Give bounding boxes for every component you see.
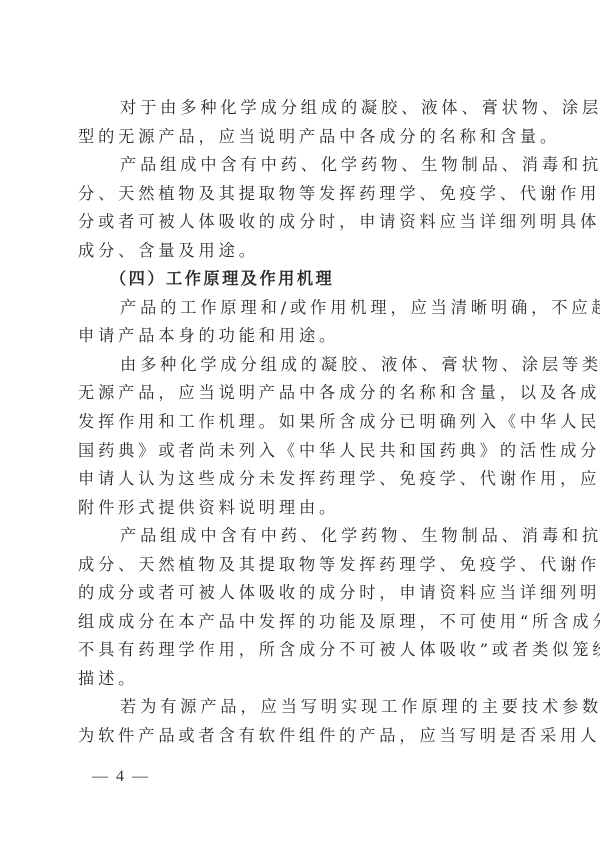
paragraph-line: 若为有源产品，应当写明实现工作原理的主要技术参数。若 [78, 693, 524, 722]
paragraph-line: 型的无源产品，应当说明产品中各成分的名称和含量。 [78, 123, 524, 152]
paragraph-line: 附件形式提供资料说明理由。 [78, 494, 524, 523]
paragraph-line: 申请人认为这些成分未发挥药理学、免疫学、代谢作用，应当以 [78, 465, 524, 494]
paragraph-line: 分、天然植物及其提取物等发挥药理学、免疫学、代谢作用的成 [78, 180, 524, 209]
paragraph-line: 为软件产品或者含有软件组件的产品，应当写明是否采用人工智 [78, 722, 524, 751]
paragraph-line: 成分、含量及用途。 [78, 237, 524, 266]
paragraph-line: 不具有药理学作用，所含成分不可被人体吸收”或者类似笼统 [78, 636, 524, 665]
paragraph-line: 无源产品，应当说明产品中各成分的名称和含量，以及各成分所 [78, 379, 524, 408]
paragraph-line: 国药典》或者尚未列入《中华人民共和国药典》的活性成分，而 [78, 437, 524, 466]
document-body: 对于由多种化学成分组成的凝胶、液体、膏状物、涂层等类 型的无源产品，应当说明产品… [78, 94, 524, 751]
paragraph-line: 分或者可被人体吸收的成分时，申请资料应当详细列明具体组成 [78, 208, 524, 237]
section-heading: （四）工作原理及作用机理 [78, 265, 524, 294]
paragraph-line: 成分、天然植物及其提取物等发挥药理学、免疫学、代谢作用 [78, 551, 524, 580]
paragraph-line: 描述。 [78, 665, 524, 694]
paragraph-line: 产品的工作原理和/或作用机理，应当清晰明确，不应超出 [78, 294, 524, 323]
paragraph-line: 发挥作用和工作机理。如果所含成分已明确列入《中华人民共和 [78, 408, 524, 437]
page-number: — 4 — [92, 768, 150, 786]
paragraph-line: 的成分或者可被人体吸收的成分时，申请资料应当详细列明各 [78, 579, 524, 608]
document-page: 对于由多种化学成分组成的凝胶、液体、膏状物、涂层等类 型的无源产品，应当说明产品… [0, 0, 600, 848]
paragraph-line: 产品组成中含有中药、化学药物、生物制品、消毒和抗菌 [78, 522, 524, 551]
paragraph-line: 申请产品本身的功能和用途。 [78, 322, 524, 351]
paragraph-line: 由多种化学成分组成的凝胶、液体、膏状物、涂层等类型的 [78, 351, 524, 380]
paragraph-line: 产品组成中含有中药、化学药物、生物制品、消毒和抗菌成 [78, 151, 524, 180]
paragraph-line: 对于由多种化学成分组成的凝胶、液体、膏状物、涂层等类 [78, 94, 524, 123]
paragraph-line: 组成成分在本产品中发挥的功能及原理，不可使用“所含成分 [78, 608, 524, 637]
